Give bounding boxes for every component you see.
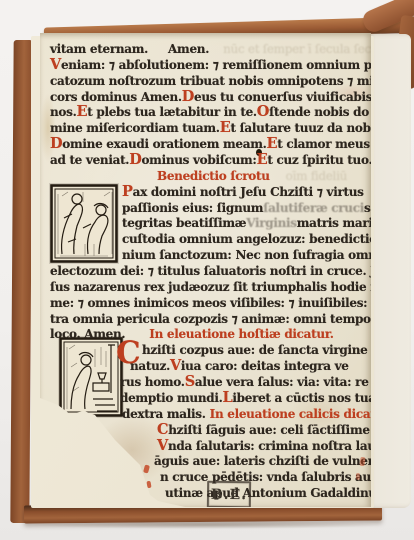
body-text: ſalutiferæ cruci — [263, 201, 364, 215]
line-loco: loco. Amen.In eleuatione hoſtiæ dicatur. — [50, 327, 334, 343]
red-ink-fragment — [356, 473, 360, 480]
body-text: nos. — [50, 105, 76, 119]
rubricated-initial: V — [50, 59, 61, 70]
book-cover-left-edge — [10, 40, 32, 523]
body-text: t cuz ſpiritu tuo. — [267, 153, 372, 167]
body-text: ſus nazarenus rex judæozuz ſit triumphal… — [50, 280, 402, 294]
book-shadow — [30, 521, 385, 529]
body-text: demptio mundi. — [120, 391, 222, 405]
body-text: utinæ apud Antonium Gadaldinum. — [165, 486, 393, 500]
line-pax: Pax domini noſtri Jeſu Chziſti ⁊ virtus — [122, 185, 364, 201]
body-text: omine exaudi orationem meam. — [62, 137, 266, 151]
body-text: cuſtodia omnium angelozuz: benedictio om — [122, 232, 401, 246]
body-text: t plebs tua lætabitur in te. — [87, 105, 257, 119]
rubric-text: In eleuatione hoſtiæ dicatur. — [149, 327, 333, 341]
show-through-text: nūc et ſemper ī ſecula ſecul — [223, 42, 382, 56]
line-catorum: catozum noſtrozum tribuat nobis omnipote… — [50, 74, 396, 90]
body-text: ad te veniat. — [50, 153, 129, 167]
body-text: t clamor meus — [277, 137, 369, 151]
body-text: hziſti cozpus aue: de ſancta virgine — [142, 343, 368, 357]
body-text: Virginis — [246, 216, 297, 230]
rubricated-initial: S — [185, 376, 195, 387]
rubricated-initial: V — [157, 440, 168, 451]
stamp-text: B.E. — [211, 486, 247, 503]
body-text: ominus vobiſcum: — [141, 153, 256, 167]
line-natus: natuz. Viua caro: deitas integra ve — [130, 359, 349, 375]
body-text: eniam: ⁊ abſolutionem: ⁊ remiſſionem omn… — [61, 58, 386, 72]
line-electorum: electozum dei: ⁊ titulus ſaluatoris noſt… — [50, 264, 383, 280]
body-text: tra omnia pericula cozpozis ⁊ animæ: omn… — [50, 312, 398, 326]
rubricated-initial: E — [257, 154, 268, 165]
rubricated-initial: C — [157, 424, 168, 435]
body-text: alue vera ſalus: via: vita: re — [195, 375, 369, 389]
body-text: ax domini noſtri Jeſu Chziſti ⁊ virtus — [133, 185, 364, 199]
body-text: nium ſanctozum: Nec non ſufragia omnium — [122, 248, 402, 262]
line-unda: Vnda ſalutaris: crimina noſtra lauās — [157, 439, 390, 455]
line-veniam: Veniam: ⁊ abſolutionem: ⁊ remiſſionem om… — [50, 58, 386, 74]
body-text: iberet a cūctis nos tua — [232, 391, 375, 405]
line-demptio: demptio mundi. Liberet a cūctis nos tua — [120, 391, 376, 407]
rubricated-initial: D — [129, 154, 141, 165]
rubricated-initial: P — [122, 186, 133, 197]
body-text: Amen. — [168, 42, 209, 56]
line-cors: cors dominus Amen. Deus tu conuerſus viu… — [50, 90, 372, 106]
body-text: mine miſericordiam tuam. — [50, 121, 220, 135]
colophon: utinæ apud Antonium Gadaldinum. — [165, 486, 393, 502]
body-text: natuz. — [130, 359, 170, 373]
line-custodia: cuſtodia omnium angelozuz: benedictio om — [122, 232, 401, 248]
body-text: electozum dei: ⁊ titulus ſaluatoris noſt… — [50, 264, 383, 278]
rubric-text: In eleuatione calicis dicatur — [210, 407, 390, 421]
body-text: vitam eternam. — [50, 42, 148, 56]
line-mine: mine miſericordiam tuam. Et ſalutare tuu… — [50, 121, 386, 137]
line-sus: ſus nazarenus rex judæozuz ſit triumphal… — [50, 280, 402, 296]
body-text: n cruce pēdētis: vnda ſalubris aue. — [160, 470, 382, 484]
rubricated-initial: V — [170, 360, 181, 371]
line-adte: ad te veniat. Dominus vobiſcum: Et cuz ſ… — [50, 153, 372, 169]
line-tegritas: tegritas beatiſſimæ Virginis matris mari… — [122, 216, 384, 232]
line-nium: nium ſanctozum: Nec non ſufragia omnium — [122, 248, 402, 264]
rubricated-initial: D — [182, 91, 194, 102]
body-text: matris mariæ — [297, 216, 384, 230]
line-rus: rus homo. Salue vera ſalus: via: vita: r… — [120, 375, 369, 391]
body-text: eus tu conuerſus viuificabis — [194, 90, 372, 104]
body-text: hziſti ſāguis aue: celi ſāctiſſime pot9 — [168, 423, 402, 437]
body-text: t ſalutare tuuz da nobis: — [230, 121, 385, 135]
body-text: catozum noſtrozum tribuat nobis omnipote… — [50, 74, 396, 88]
line-domine: Domine exaudi orationem meam. Et clamor … — [50, 137, 370, 153]
rubricated-initial: O — [257, 106, 269, 117]
rubric-text: Benedictio ſcrotu — [157, 169, 270, 183]
body-text: paſſionis eius: ſignum — [122, 201, 263, 215]
body-text: cors dominus Amen. — [50, 90, 182, 104]
body-text: iua caro: deitas integra ve — [181, 359, 349, 373]
owner-stamp: B.E. — [207, 481, 251, 509]
body-text: tegritas beatiſſimæ — [122, 216, 246, 230]
rubricated-initial: L — [222, 392, 232, 403]
line-christi-sanguis: Chziſti ſāguis aue: celi ſāctiſſime pot9 — [157, 423, 403, 439]
line-me: me: ⁊ omnes inimicos meos viſibiles: ⁊ i… — [50, 296, 394, 312]
line-nos: nos. Et plebs tua lætabitur in te. Oſten… — [50, 105, 369, 121]
rubricated-initial: E — [267, 138, 278, 149]
rubricated-initial: E — [220, 122, 231, 133]
heading-benedictio: Benedictio ſcrotuoīm fideliū — [157, 169, 347, 185]
body-text: dextra malis. — [122, 407, 206, 421]
body-text: loco. Amen. — [50, 327, 125, 341]
rubricated-initial: E — [76, 106, 87, 117]
line-cruce: n cruce pēdētis: vnda ſalubris aue. — [160, 470, 382, 486]
body-text: nda ſalutaris: crimina noſtra lauās — [168, 439, 390, 453]
rubricated-initial: D — [50, 138, 62, 149]
line-tra: tra omnia pericula cozpozis ⁊ animæ: omn… — [50, 312, 398, 328]
body-text: ſtende nobis do — [269, 105, 369, 119]
show-through-text: oīm fideliū — [286, 169, 347, 183]
body-text: me: ⁊ omnes inimicos meos viſibiles: ⁊ i… — [50, 296, 394, 310]
body-text: rus homo. — [120, 375, 185, 389]
line-vitam: vitam eternam.Amen.nūc et ſemper ī ſecul… — [50, 42, 382, 58]
line-passionis: paſſionis eius: ſignum ſalutiferæ crucis… — [122, 201, 392, 217]
